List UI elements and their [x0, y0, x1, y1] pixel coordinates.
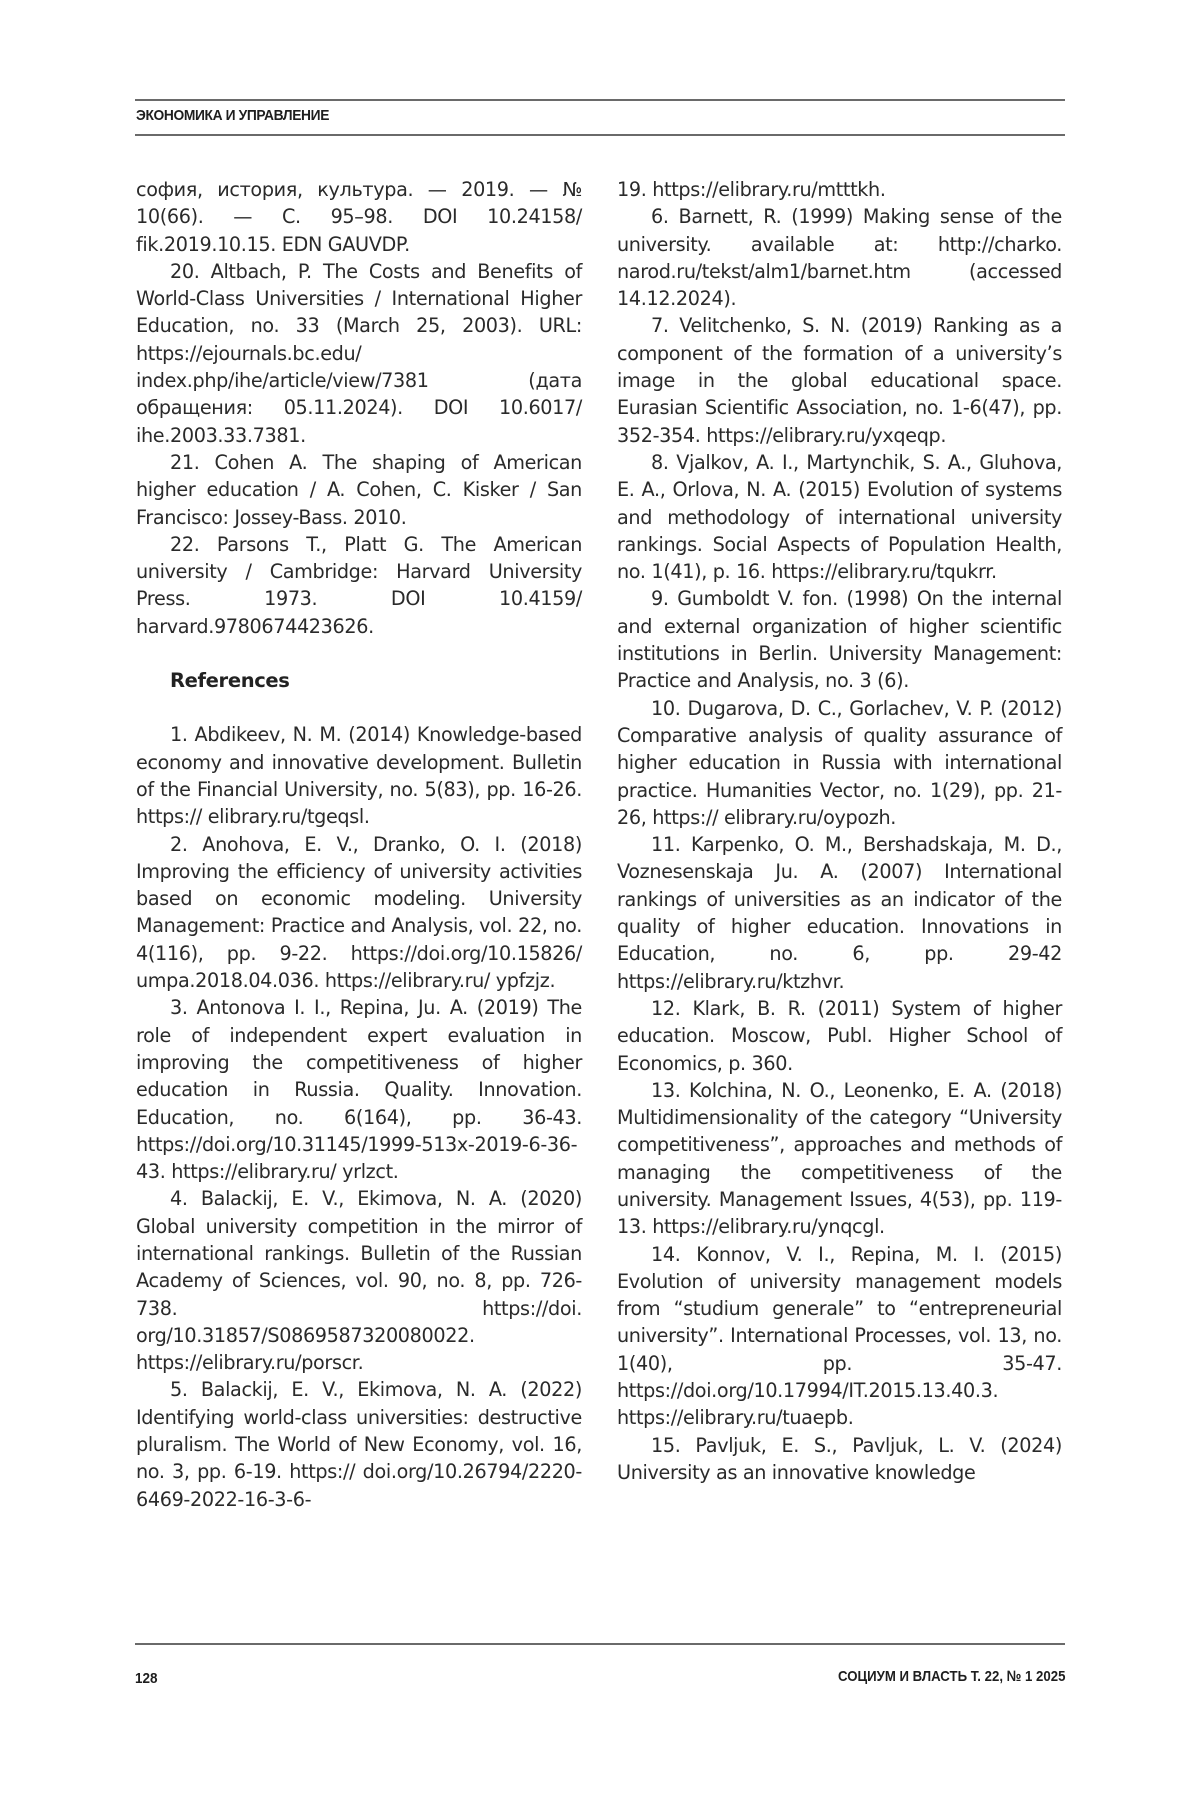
reference-entry-4: 4. Balackij, E. V., Ekimova, N. A. (2020…: [136, 1185, 582, 1376]
footer-rule: [135, 1643, 1065, 1645]
reference-entry-13: 13. Kolchina, N. O., Leonenko, E. A. (20…: [617, 1077, 1062, 1241]
journal-issue: СОЦИУМ И ВЛАСТЬ Т. 22, № 1 2025: [838, 1668, 1065, 1685]
reference-entry-2: 2. Anohova, E. V., Dranko, O. I. (2018) …: [136, 831, 582, 995]
header-bottom-rule: [135, 134, 1065, 136]
bibliography-entry-22: 22. Parsons T., Platt G. The American un…: [136, 531, 582, 640]
left-column: софия, история, культура. — 2019. — № 10…: [136, 176, 582, 1513]
reference-entry-11: 11. Karpenko, O. M., Bershadskaja, M. D.…: [617, 831, 1062, 995]
reference-entry-3: 3. Antonova I. I., Repina, Ju. A. (2019)…: [136, 994, 582, 1185]
bibliography-entry-20: 20. Altbach, P. The Costs and Benefits o…: [136, 258, 582, 449]
continued-reference: софия, история, культура. — 2019. — № 10…: [136, 176, 582, 258]
bibliography-entry-21: 21. Cohen A. The shaping of American hig…: [136, 449, 582, 531]
reference-entry-6: 6. Barnett, R. (1999) Making sense of th…: [617, 203, 1062, 312]
reference-entry-12: 12. Klark, B. R. (2011) System of higher…: [617, 995, 1062, 1077]
header-top-rule: [135, 99, 1065, 101]
reference-entry-7: 7. Velitchenko, S. N. (2019) Ranking as …: [617, 312, 1062, 448]
reference-entry-10: 10. Dugarova, D. C., Gorlachev, V. P. (2…: [617, 695, 1062, 831]
reference-entry-14: 14. Konnov, V. I., Repina, M. I. (2015) …: [617, 1241, 1062, 1432]
references-heading: References: [170, 667, 582, 694]
reference-entry-1: 1. Abdikeev, N. M. (2014) Knowledge-base…: [136, 721, 582, 830]
reference-entry-15: 15. Pavljuk, E. S., Pavljuk, L. V. (2024…: [617, 1432, 1062, 1487]
reference-entry-9: 9. Gumboldt V. fon. (1998) On the intern…: [617, 585, 1062, 694]
reference-entry-5: 5. Balackij, E. V., Ekimova, N. A. (2022…: [136, 1376, 582, 1512]
running-head-section-title: ЭКОНОМИКА И УПРАВЛЕНИЕ: [136, 107, 329, 124]
continued-reference: 19. https://elibrary.ru/mtttkh.: [617, 176, 1062, 203]
right-column: 19. https://elibrary.ru/mtttkh. 6. Barne…: [617, 176, 1062, 1486]
page-number: 128: [135, 1670, 158, 1687]
reference-entry-8: 8. Vjalkov, A. I., Martynchik, S. A., Gl…: [617, 449, 1062, 585]
